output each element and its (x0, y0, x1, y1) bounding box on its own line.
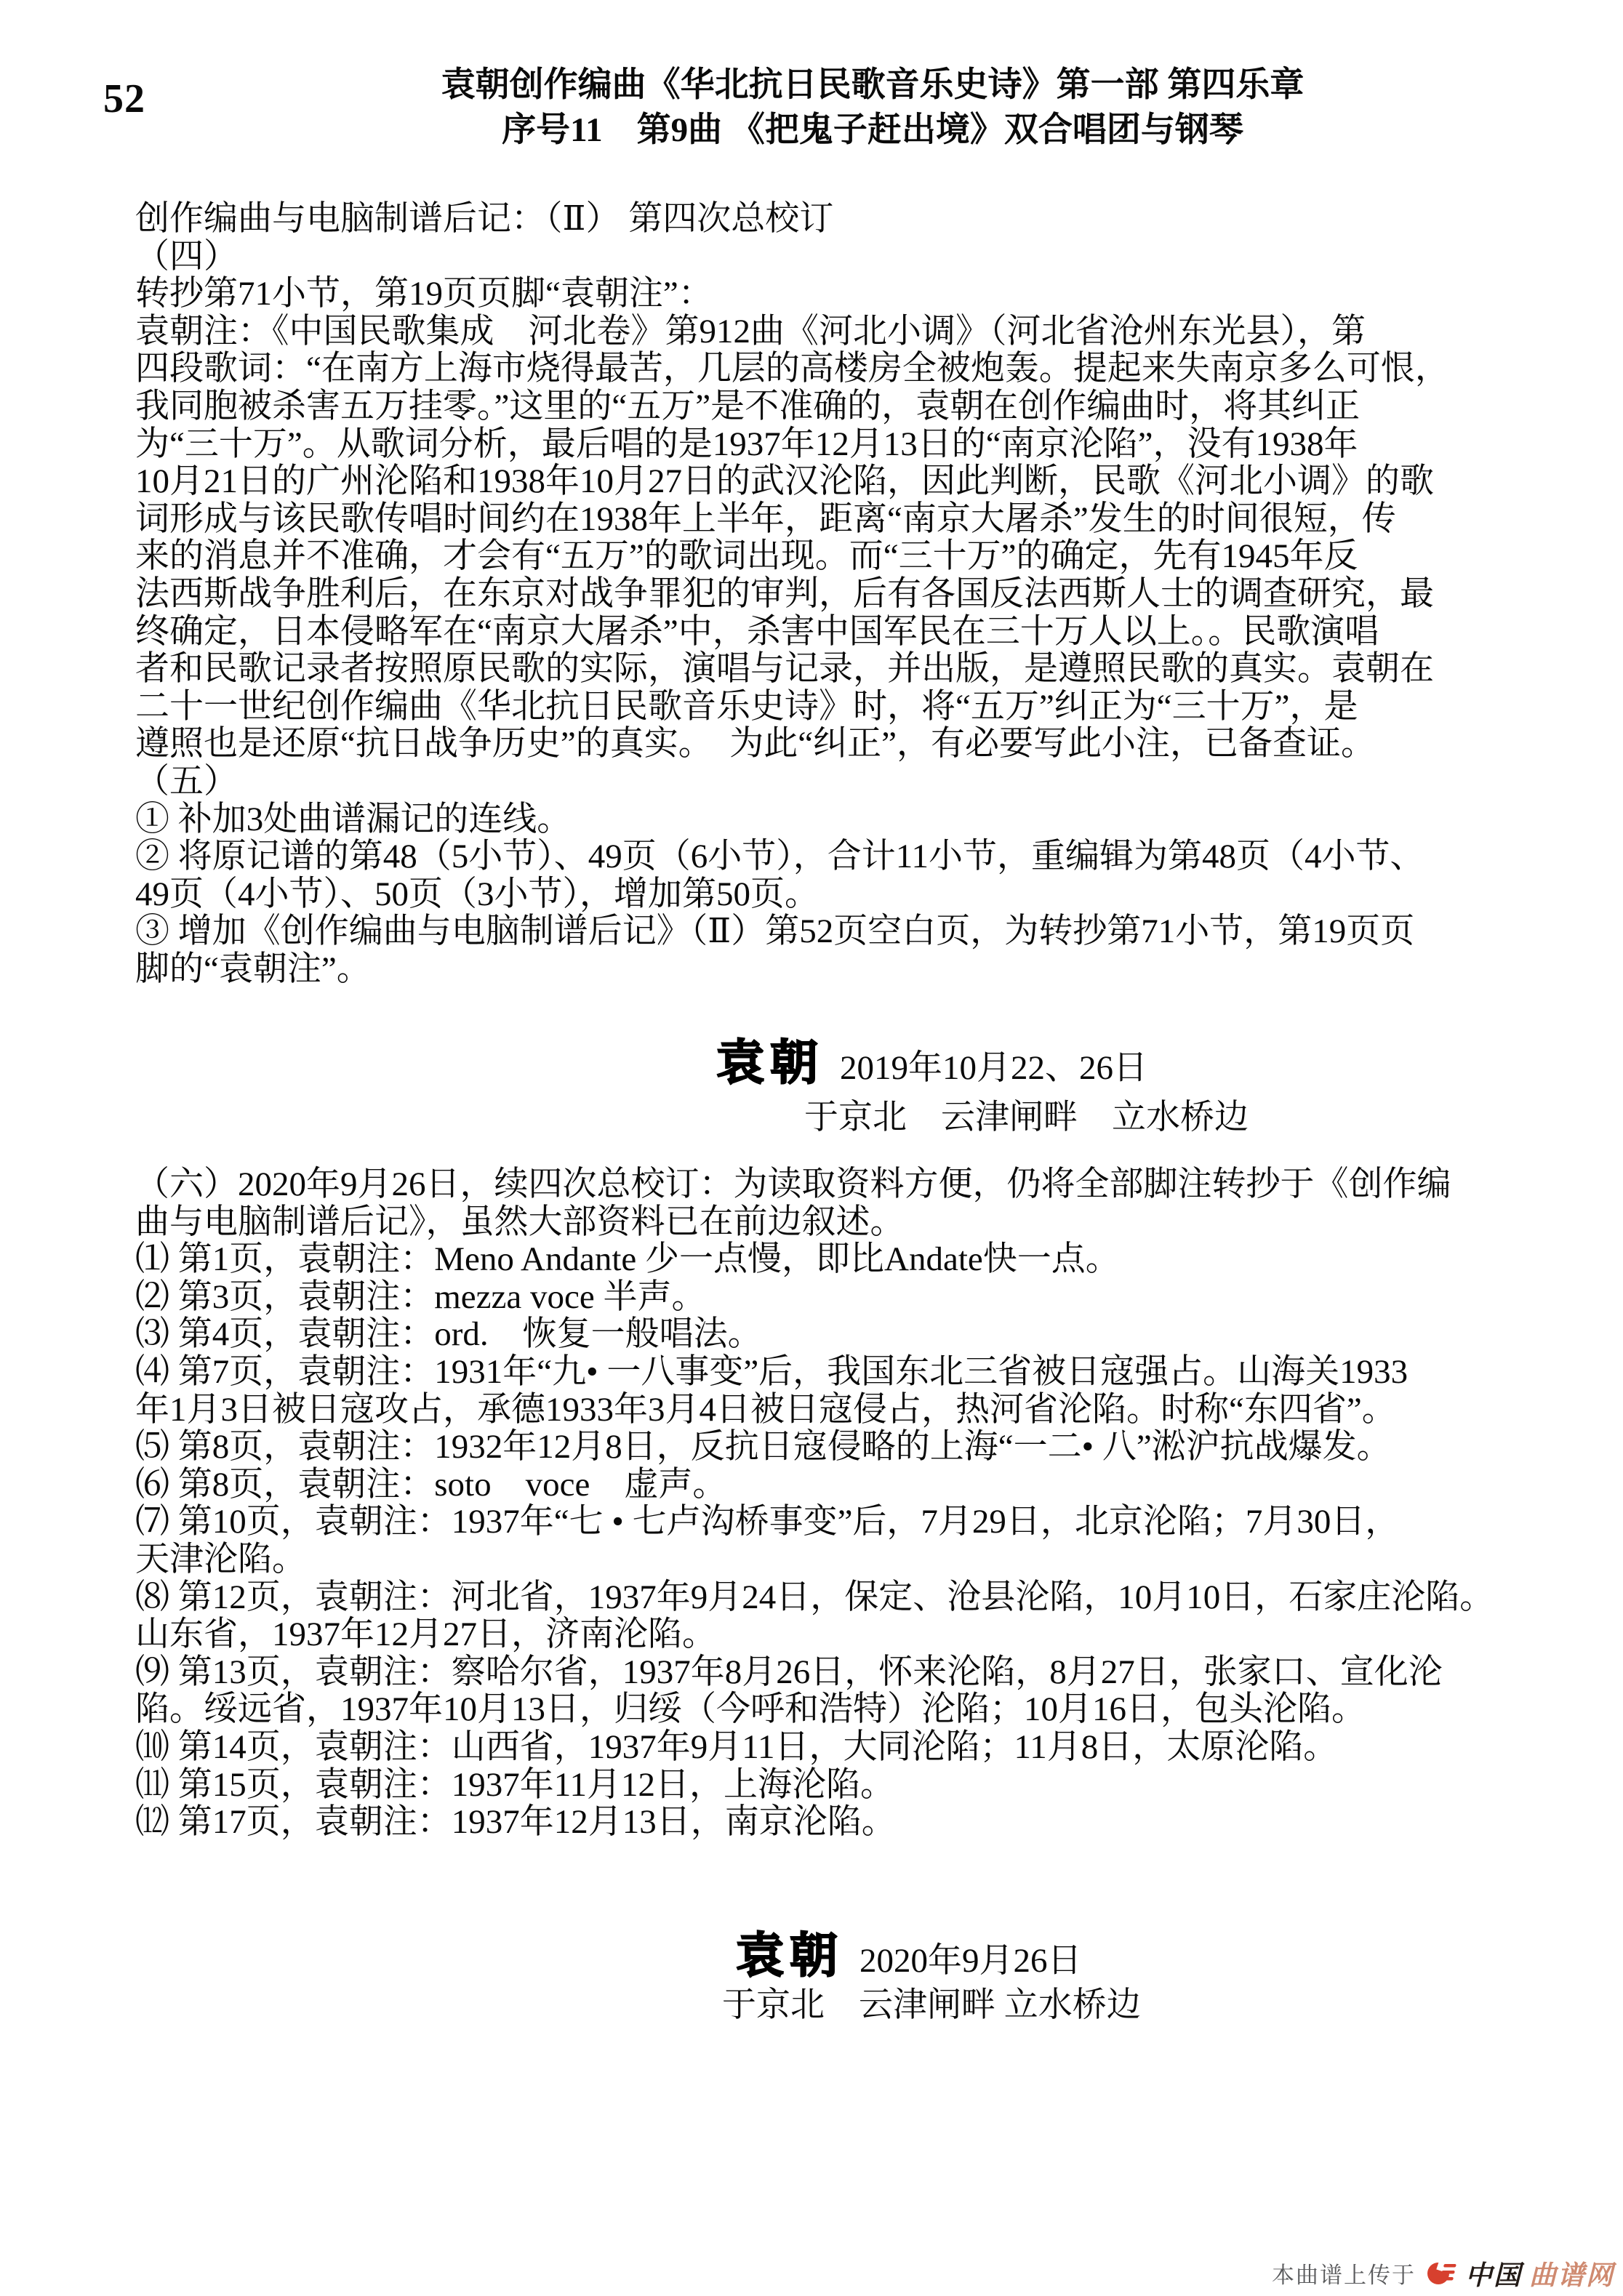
note-line: ⑽ 第14页，袁朝注：山西省，1937年9月11日，大同沦陷；11月8日，太原沦… (135, 1729, 1531, 1767)
watermark-upload-text: 本曲谱上传于 (1272, 2257, 1416, 2289)
signature-block-2020: 袁朝2020年9月26日 (736, 1916, 1082, 1986)
signature-date: 2020年9月26日 (859, 1942, 1082, 1980)
note-line: ⑹ 第8页，袁朝注：soto voce 虚声。 (135, 1466, 1531, 1504)
note-line: 曲与电脑制谱后记》，虽然大部资料已在前边叙述。 (135, 1204, 1531, 1242)
note-line: ⑻ 第12页，袁朝注：河北省，1937年9月24日，保定、沧县沦陷，10月10日… (135, 1579, 1531, 1617)
body-line: 转抄第71小节，第19页页脚“袁朝注”： (135, 276, 1531, 313)
document-page: { "page": { "number": "52", "header": { … (0, 0, 1623, 2296)
body-line: 49页（4小节）、50页（3小节），增加第50页。 (135, 876, 1531, 914)
header-line-1: 袁朝创作编曲《华北抗日民歌音乐史诗》第一部 第四乐章 (124, 63, 1622, 108)
brand-qupuwang-text: 曲谱网 (1529, 2253, 1614, 2292)
body-line: （五） (135, 763, 1531, 801)
body-line: 10月21日的广州沦陷和1938年10月27日的武汉沦陷，因此判断，民歌《河北小… (135, 463, 1531, 501)
note-line: 天津沦陷。 (135, 1541, 1531, 1579)
body-line: ① 补加3处曲谱漏记的连线。 (135, 801, 1531, 839)
body-line: 法西斯战争胜利后，在东京对战争罪犯的审判，后有各国反法西斯人士的调查研究，最 (135, 576, 1531, 614)
postscript-body: 创作编曲与电脑制谱后记：（Ⅱ） 第四次总校订（四）转抄第71小节，第19页页脚“… (135, 201, 1531, 988)
body-line: ② 将原记谱的第48（5小节）、49页（6小节），合计11小节，重编辑为第48页… (135, 838, 1531, 876)
body-line: 我同胞被杀害五万挂零。”这里的“五万”是不准确的，袁朝在创作编曲时，将其纠正 (135, 388, 1531, 426)
signature-date: 2019年10月22、26日 (840, 1049, 1147, 1087)
body-line: 者和民歌记录者按照原民歌的实际，演唱与记录，并出版，是遵照民歌的真实。袁朝在 (135, 651, 1531, 689)
site-watermark: 本曲谱上传于 中国 曲谱网 (1272, 2255, 1614, 2290)
note-line: ⑾ 第15页，袁朝注：1937年11月12日，上海沦陷。 (135, 1767, 1531, 1805)
section-six-notes: （六）2020年9月26日，续四次总校订：为读取资料方便，仍将全部脚注转抄于《创… (135, 1166, 1531, 1842)
note-line: ⑶ 第4页，袁朝注：ord. 恢复一般唱法。 (135, 1316, 1531, 1354)
body-line: 创作编曲与电脑制谱后记：（Ⅱ） 第四次总校订 (135, 201, 1531, 238)
note-line: ⑿ 第17页，袁朝注：1937年12月13日，南京沦陷。 (135, 1804, 1531, 1842)
note-line: ⑷ 第7页，袁朝注：1931年“九• 一八事变”后，我国东北三省被日寇强占。山海… (135, 1354, 1531, 1392)
qupu-music-logo-icon (1426, 2257, 1459, 2289)
body-line: 为“三十万”。从歌词分析，最后唱的是1937年12月13日的“南京沦陷”，没有1… (135, 426, 1531, 464)
signature-location: 于京北 云津闸畔 立水桥边 (804, 1090, 1249, 1139)
note-line: 山东省，1937年12月27日，济南沦陷。 (135, 1616, 1531, 1654)
document-header: 袁朝创作编曲《华北抗日民歌音乐史诗》第一部 第四乐章 序号11 第9曲 《把鬼子… (124, 63, 1622, 153)
body-line: 词形成与该民歌传唱时间约在1938年上半年，距离“南京大屠杀”发生的时间很短，传 (135, 501, 1531, 539)
note-line: ⑵ 第3页，袁朝注：mezza voce 半声。 (135, 1279, 1531, 1317)
note-line: ⑺ 第10页，袁朝注：1937年“七 • 七卢沟桥事变”后，7月29日，北京沦陷… (135, 1504, 1531, 1541)
signature-name: 袁朝 (716, 1037, 824, 1090)
header-line-2: 序号11 第9曲 《把鬼子赶出境》双合唱团与钢琴 (124, 108, 1622, 153)
note-line: ⑸ 第8页，袁朝注：1932年12月8日，反抗日寇侵略的上海“一二• 八”淞沪抗… (135, 1429, 1531, 1466)
body-line: 袁朝注：《中国民歌集成 河北卷》第912曲《河北小调》（河北省沧州东光县），第 (135, 313, 1531, 351)
body-line: 二十一世纪创作编曲《华北抗日民歌音乐史诗》时，将“五万”纠正为“三十万”，是 (135, 689, 1531, 726)
note-line: ⑼ 第13页，袁朝注：察哈尔省，1937年8月26日，怀来沦陷，8月27日，张家… (135, 1654, 1531, 1692)
note-line: ⑴ 第1页，袁朝注：Meno Andante 少一点慢，即比Andate快一点。 (135, 1241, 1531, 1279)
body-line: ③ 增加《创作编曲与电脑制谱后记》（Ⅱ）第52页空白页，为转抄第71小节，第19… (135, 913, 1531, 951)
note-line: （六）2020年9月26日，续四次总校订：为读取资料方便，仍将全部脚注转抄于《创… (135, 1166, 1531, 1204)
body-line: 四段歌词：“在南方上海市烧得最苦，几层的高楼房全被炮轰。提起来失南京多么可恨， (135, 350, 1531, 388)
signature-name: 袁朝 (736, 1930, 843, 1983)
signature-location: 于京北 云津闸畔 立水桥边 (722, 1978, 1141, 2026)
body-line: 终确定，日本侵略军在“南京大屠杀”中，杀害中国军民在三十万人以上。。民歌演唱 (135, 614, 1531, 651)
body-line: 来的消息并不准确，才会有“五万”的歌词出现。而“三十万”的确定，先有1945年反 (135, 538, 1531, 576)
note-line: 陷。绥远省，1937年10月13日，归绥（今呼和浩特）沦陷；10月16日，包头沦… (135, 1691, 1531, 1729)
note-line: 年1月3日被日寇攻占，承德1933年3月4日被日寇侵占，热河省沦陷。时称“东四省… (135, 1392, 1531, 1429)
body-line: 遵照也是还原“抗日战争历史”的真实。 为此“纠正”，有必要写此小注，已备查证。 (135, 726, 1531, 763)
body-line: （四） (135, 238, 1531, 276)
brand-china-text: 中国 (1465, 2253, 1522, 2292)
signature-block-2019: 袁朝2019年10月22、26日 (716, 1024, 1147, 1093)
body-line: 脚的“袁朝注”。 (135, 951, 1531, 989)
